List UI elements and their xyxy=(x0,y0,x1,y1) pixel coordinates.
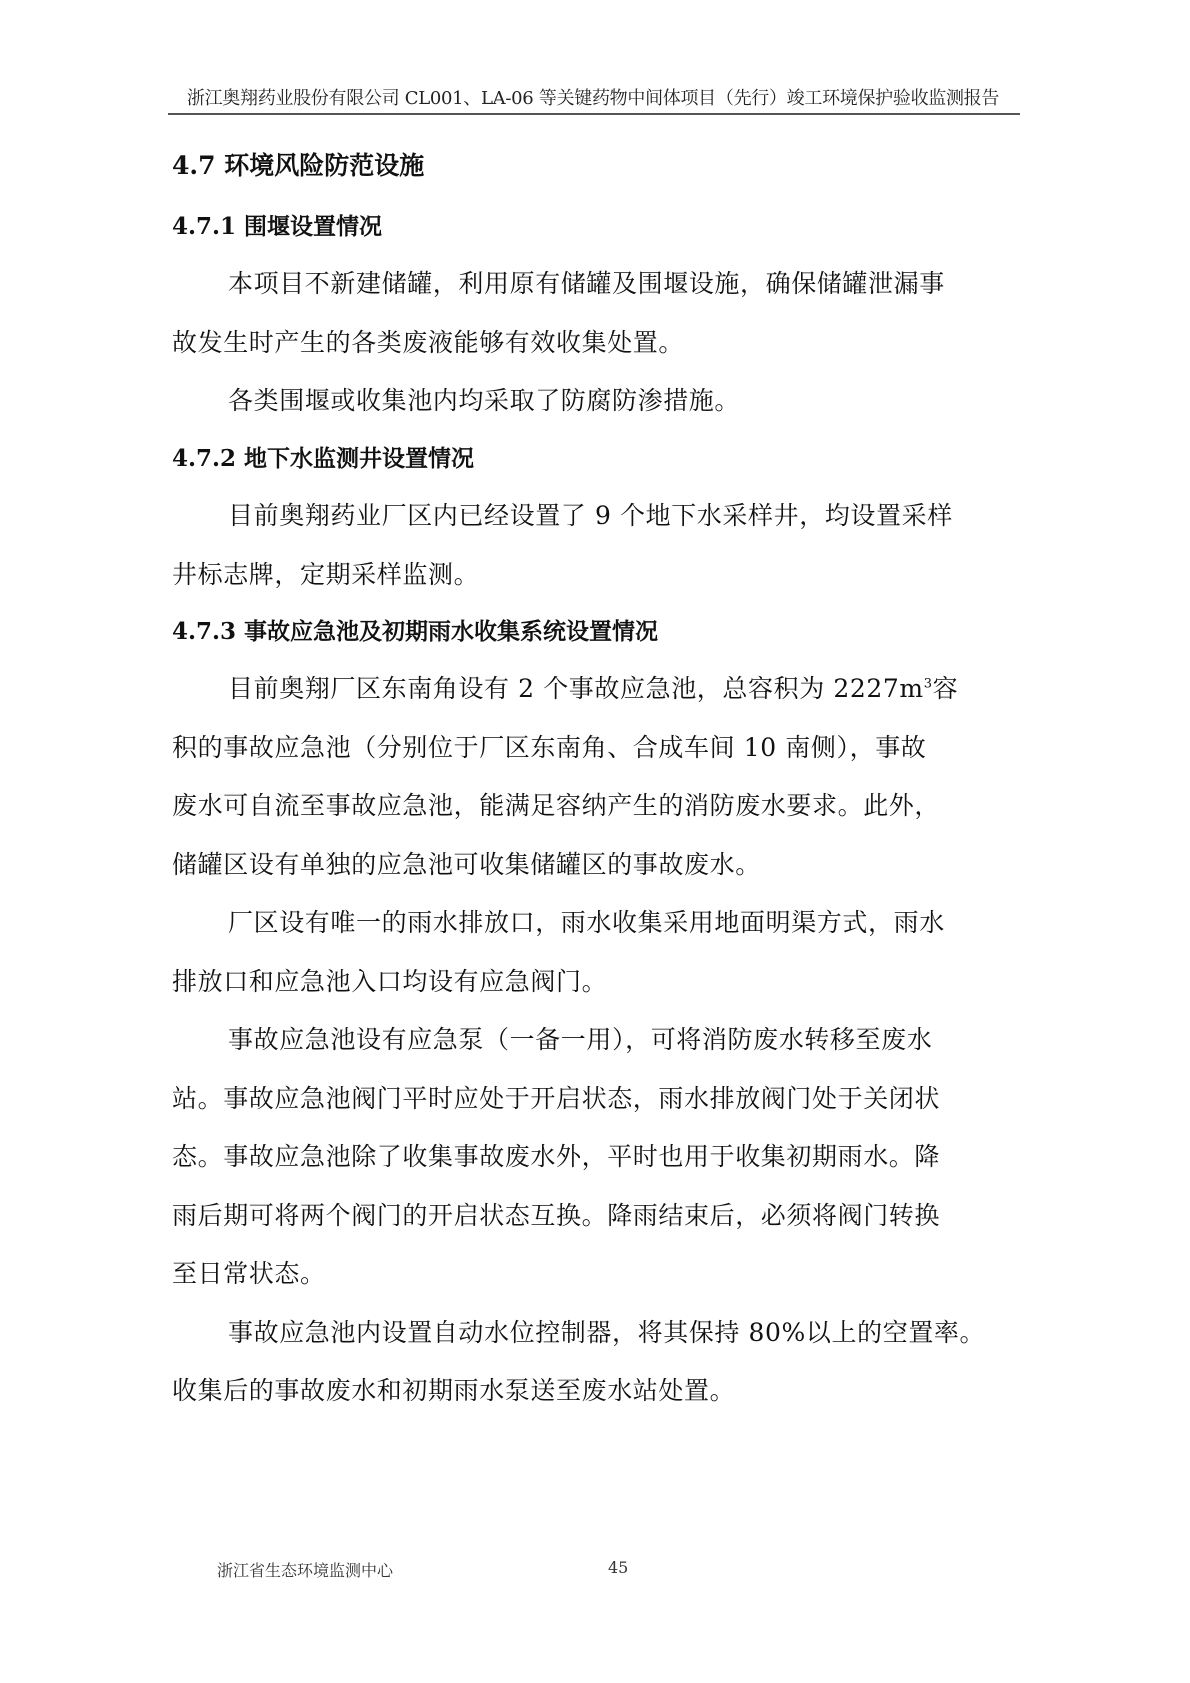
paragraph-line: 故发生时产生的各类废液能够有效收集处置。 xyxy=(172,323,684,359)
paragraph-line: 雨后期可将两个阀门的开启状态互换。降雨结束后，必须将阀门转换 xyxy=(172,1196,940,1232)
paragraph-line: 各类围堰或收集池内均采取了防腐防渗措施。 xyxy=(228,381,740,417)
paragraph-line: 收集后的事故废水和初期雨水泵送至废水站处置。 xyxy=(172,1371,735,1407)
paragraph-line: 井标志牌，定期采样监测。 xyxy=(172,555,479,591)
paragraph-line: 事故应急池内设置自动水位控制器，将其保持 80%以上的空置率。 xyxy=(228,1313,985,1349)
subsection-heading-4-7-2: 4.7.2 地下水监测井设置情况 xyxy=(172,440,474,473)
header-divider xyxy=(168,113,1020,115)
line-text: 容 xyxy=(933,674,959,703)
paragraph-line: 至日常状态。 xyxy=(172,1254,326,1290)
subsection-heading-4-7-1: 4.7.1 围堰设置情况 xyxy=(172,208,382,241)
paragraph-line: 储罐区设有单独的应急池可收集储罐区的事故废水。 xyxy=(172,845,761,881)
section-heading: 4.7 环境风险防范设施 xyxy=(172,146,424,182)
paragraph-line: 事故应急池设有应急泵（一备一用），可将消防废水转移至废水 xyxy=(228,1020,932,1056)
document-page: 浙江奥翔药业股份有限公司 CL001、LA-06 等关键药物中间体项目（先行）竣… xyxy=(0,0,1190,1683)
paragraph-line: 废水可自流至事故应急池，能满足容纳产生的消防废水要求。此外， xyxy=(172,786,940,822)
paragraph-line: 本项目不新建储罐，利用原有储罐及围堰设施，确保储罐泄漏事 xyxy=(228,264,945,300)
subsection-heading-4-7-3: 4.7.3 事故应急池及初期雨水收集系统设置情况 xyxy=(172,613,658,646)
paragraph-line: 积的事故应急池（分别位于厂区东南角、合成车间 10 南侧），事故 xyxy=(172,728,926,764)
paragraph-line: 目前奥翔药业厂区内已经设置了 9 个地下水采样井，均设置采样 xyxy=(228,496,953,532)
superscript: 3 xyxy=(924,677,933,692)
paragraph-line: 排放口和应急池入口均设有应急阀门。 xyxy=(172,962,607,998)
running-header: 浙江奥翔药业股份有限公司 CL001、LA-06 等关键药物中间体项目（先行）竣… xyxy=(168,84,1018,110)
paragraph-line: 站。事故应急池阀门平时应处于开启状态，雨水排放阀门处于关闭状 xyxy=(172,1079,940,1115)
paragraph-line: 目前奥翔厂区东南角设有 2 个事故应急池，总容积为 2227m3容 xyxy=(228,669,958,705)
line-text: 目前奥翔厂区东南角设有 2 个事故应急池，总容积为 2227m xyxy=(228,674,924,703)
paragraph-line: 态。事故应急池除了收集事故废水外，平时也用于收集初期雨水。降 xyxy=(172,1137,940,1173)
footer-organization: 浙江省生态环境监测中心 xyxy=(217,1558,393,1581)
page-number: 45 xyxy=(608,1558,628,1577)
paragraph-line: 厂区设有唯一的雨水排放口，雨水收集采用地面明渠方式，雨水 xyxy=(228,903,945,939)
